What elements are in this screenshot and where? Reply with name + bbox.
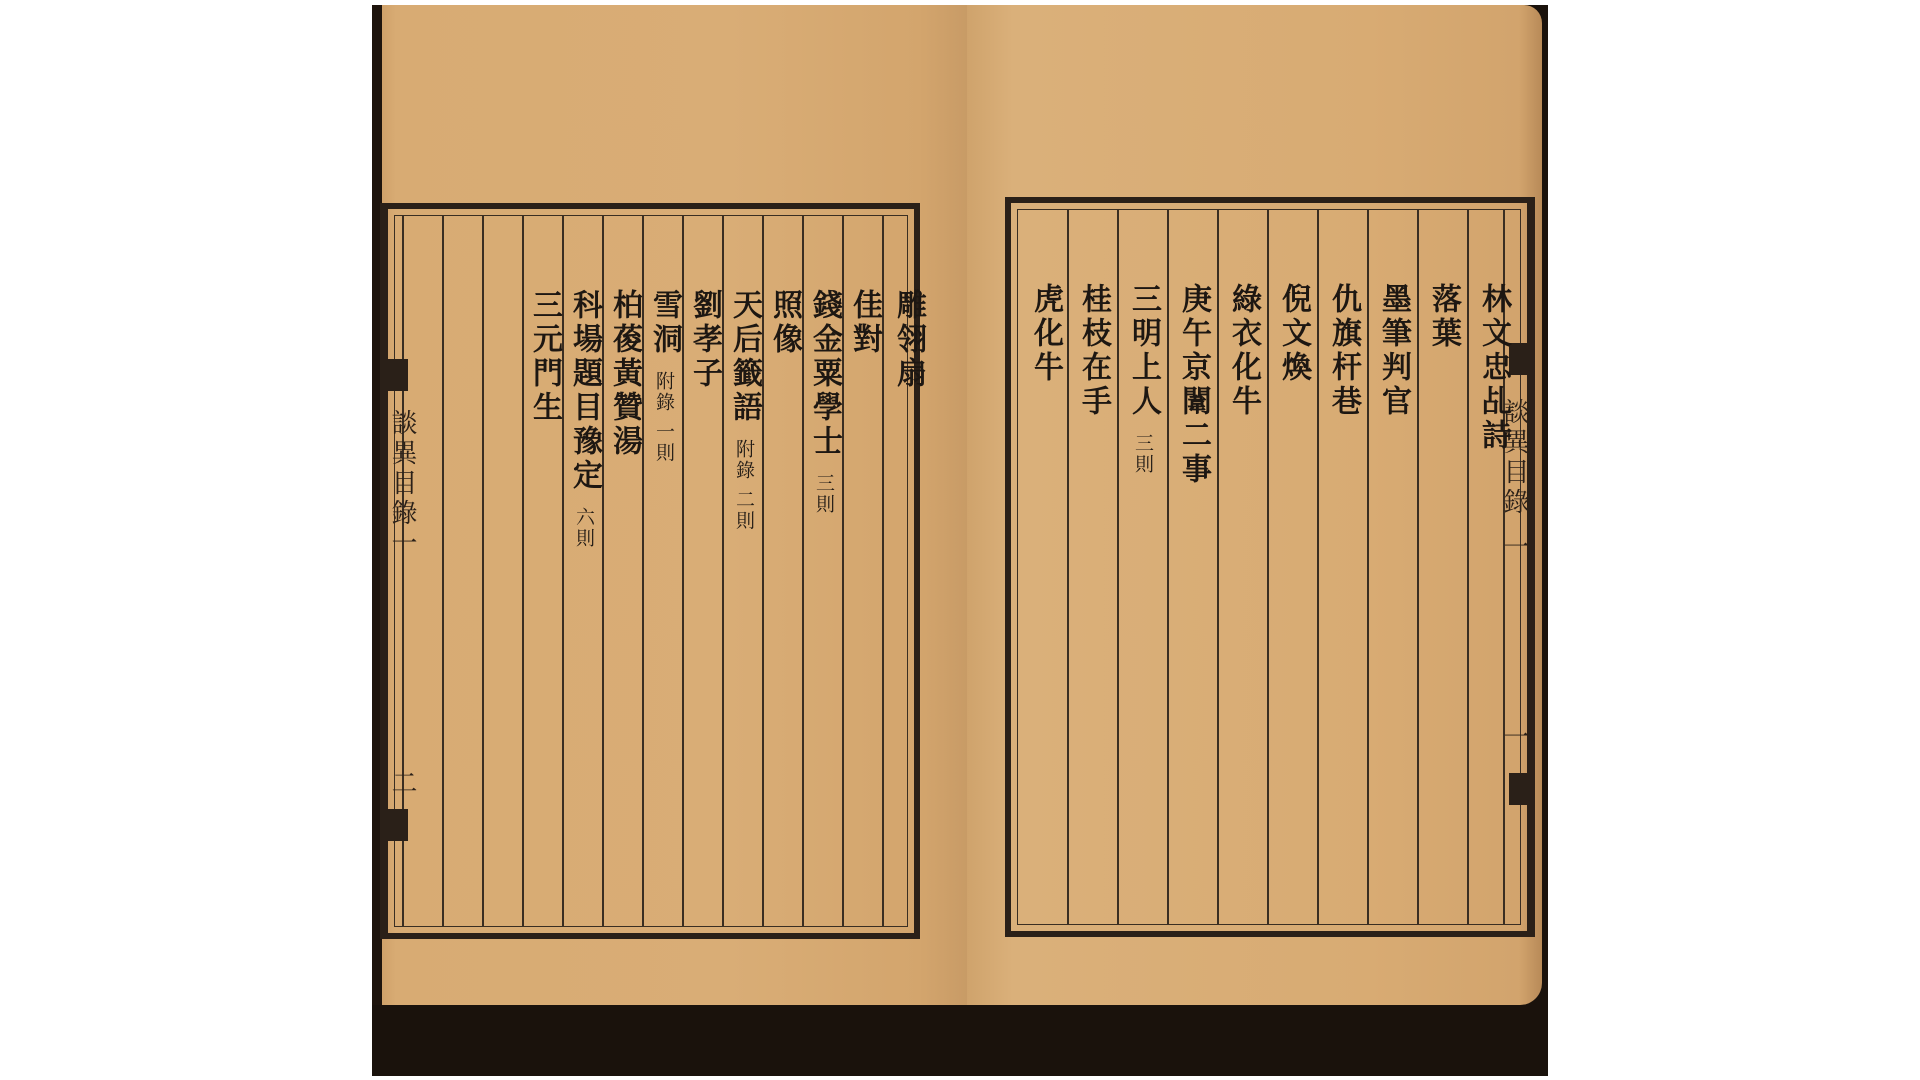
toc-entry: 墨筆判官 bbox=[1371, 283, 1415, 419]
toc-entry: 桂枝在手 bbox=[1071, 283, 1115, 419]
right-page-frame: 談異目錄 一 一 林文忠乩詩 落葉 墨筆判官 仇旗杆巷 倪文煥 綠衣化牛 庚午京… bbox=[1005, 197, 1535, 937]
column-rule bbox=[1217, 209, 1219, 925]
toc-entry: 天后籤語 附錄 二則 bbox=[722, 289, 766, 532]
toc-entry: 仇旗杆巷 bbox=[1321, 283, 1365, 419]
block-heart-title: 談異目錄 bbox=[384, 409, 421, 529]
column-rule bbox=[1467, 209, 1469, 925]
fish-tail-mark-bottom bbox=[386, 809, 408, 841]
column-rule bbox=[482, 215, 484, 927]
block-heart-volume: 一 bbox=[384, 529, 421, 559]
column-rule bbox=[1417, 209, 1419, 925]
toc-entry: 落葉 bbox=[1421, 283, 1465, 351]
toc-entry: 雕翎扇 bbox=[886, 289, 930, 391]
toc-entry: 林文忠乩詩 bbox=[1471, 283, 1515, 453]
fish-tail-mark-bottom bbox=[1509, 773, 1531, 805]
entry-note: 三則 bbox=[1132, 433, 1154, 475]
toc-entry: 庚午京闈二事 bbox=[1171, 283, 1215, 487]
toc-entry: 三明上人 三則 bbox=[1121, 283, 1165, 475]
toc-entry: 柏葰黃贊湯 bbox=[602, 289, 646, 459]
column-rule bbox=[1117, 209, 1119, 925]
toc-entry: 綠衣化牛 bbox=[1221, 283, 1265, 419]
column-rule bbox=[1067, 209, 1069, 925]
column-rule bbox=[1317, 209, 1319, 925]
toc-entry: 三元門生 bbox=[522, 289, 566, 425]
entry-note: 三則 bbox=[813, 473, 835, 515]
column-rule bbox=[1367, 209, 1369, 925]
block-heart-volume: 一 bbox=[1496, 533, 1533, 563]
book-scan: 談異目錄 一 二 雕翎扇 佳對 錢金粟學士 三則 照像 天后籤語 附錄 二則 劉… bbox=[372, 5, 1548, 1076]
toc-entry: 錢金粟學士 三則 bbox=[802, 289, 846, 515]
toc-entry: 劉孝子 bbox=[682, 289, 726, 391]
fish-tail-mark-top bbox=[386, 359, 408, 391]
toc-entry: 虎化牛 bbox=[1023, 283, 1067, 385]
toc-entry: 科場題目豫定 六則 bbox=[562, 289, 606, 549]
column-rule bbox=[1167, 209, 1169, 925]
toc-entry: 佳對 bbox=[842, 289, 886, 357]
right-page: 談異目錄 一 一 林文忠乩詩 落葉 墨筆判官 仇旗杆巷 倪文煥 綠衣化牛 庚午京… bbox=[967, 5, 1542, 1005]
block-heart-page: 二 bbox=[384, 769, 421, 799]
entry-note: 六則 bbox=[573, 507, 595, 549]
left-page-frame: 談異目錄 一 二 雕翎扇 佳對 錢金粟學士 三則 照像 天后籤語 附錄 二則 劉… bbox=[380, 203, 920, 939]
column-rule bbox=[1267, 209, 1269, 925]
entry-note: 附錄 二則 bbox=[733, 439, 755, 531]
entry-note: 附錄 一則 bbox=[653, 371, 675, 463]
toc-entry: 雪洞 附錄 一則 bbox=[642, 289, 686, 464]
toc-entry: 照像 bbox=[762, 289, 806, 357]
block-heart-page: 一 bbox=[1496, 723, 1533, 753]
left-page: 談異目錄 一 二 雕翎扇 佳對 錢金粟學士 三則 照像 天后籤語 附錄 二則 劉… bbox=[372, 5, 967, 1005]
column-rule bbox=[442, 215, 444, 927]
toc-entry: 倪文煥 bbox=[1271, 283, 1315, 385]
